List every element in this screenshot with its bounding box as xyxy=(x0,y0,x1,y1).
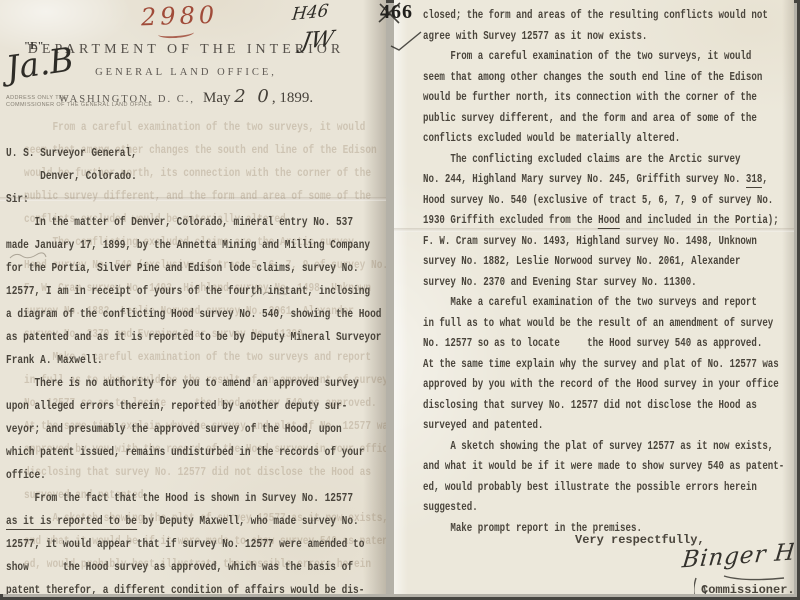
typed-line: A sketch showing the plat of survey 1257… xyxy=(423,436,705,457)
address-stamp: ADDRESS ONLY THE COMMISSIONER OF THE GEN… xyxy=(6,95,152,109)
reviewer-initials: JW xyxy=(300,27,336,55)
typed-line-underlined: 1930 Griffith excluded from the Hood and… xyxy=(423,210,705,231)
typed-line: as patented and as it is reported to be … xyxy=(6,326,306,349)
typed-line: survey No. 2370 and Evening Star survey … xyxy=(423,272,705,293)
typed-line: Frank A. Maxwell. xyxy=(6,349,306,372)
underlined-phrase: Hood xyxy=(598,213,620,229)
typed-line: There is no authority for you to amend a… xyxy=(6,372,306,395)
handwritten-day: 2 0 xyxy=(234,86,272,107)
typed-line: veyor; and presumably the approved surve… xyxy=(6,418,306,441)
typed-line: a diagram of the conflicting Hood survey… xyxy=(6,303,306,326)
typed-line: From a careful examination of the two su… xyxy=(423,46,705,67)
typed-line: public survey different, and the form an… xyxy=(423,108,705,129)
typed-line-underlined: No. 244, Highland Mary survey No. 245, G… xyxy=(423,169,705,190)
typed-line: surveyed and patented. xyxy=(423,415,705,436)
typed-line: Hood survey No. 540 (exclusive of tract … xyxy=(423,190,705,211)
typed-line: closed; the form and areas of the result… xyxy=(423,5,705,26)
letter-body-page2: closed; the form and areas of the result… xyxy=(423,5,794,538)
letter-date: May 2 0, 1899. xyxy=(203,90,313,106)
typed-line: agree with Survey 12577 as it now exists… xyxy=(423,26,705,47)
typed-line: made January 17, 1899, by the Annetta Mi… xyxy=(6,234,306,257)
typed-line: disclosing that survey No. 12577 did not… xyxy=(423,395,705,416)
typed-line: Make a careful examination of the two su… xyxy=(423,292,705,313)
typed-line: for the Portia, Silver Pine and Edison l… xyxy=(6,257,306,280)
typed-line: approved by you with the record of the H… xyxy=(423,374,705,395)
typed-line: ed, would probably best illustrate the p… xyxy=(423,477,705,498)
typed-line: From the fact that the Hood is shown in … xyxy=(6,487,306,510)
red-file-number: 2980 xyxy=(141,1,219,32)
red-ink-flourish xyxy=(158,28,195,39)
scanned-letter-image: From a careful examination of the two su… xyxy=(0,0,800,600)
typed-line: upon alleged errors therein, reported by… xyxy=(6,395,306,418)
typed-line: seem that among other changes the south … xyxy=(423,67,705,88)
typed-line: would be further north, its connection w… xyxy=(423,87,705,108)
typed-line-underlined: as it is reported to be by Deputy Maxwel… xyxy=(6,510,306,533)
typed-line: 12577, it would appear that if survey No… xyxy=(6,533,306,556)
typed-line: suggested. xyxy=(423,497,705,518)
letter-body-page1: U. S. Surveyor General, Denver, Colorado… xyxy=(6,142,386,594)
typed-line: in full as to what would be the result o… xyxy=(423,313,705,334)
typed-line: show the Hood survey as approved, which … xyxy=(6,556,306,579)
check-tick-mark xyxy=(388,26,424,52)
margin-code-mark: H46 xyxy=(291,1,329,25)
typed-line: and what it would be if it were made to … xyxy=(423,456,705,477)
page-2: closed; the form and areas of the result… xyxy=(394,0,794,594)
typed-line: At the same time explain why the survey … xyxy=(423,354,705,375)
typed-line: Denver, Colorado. xyxy=(6,165,306,188)
typed-line: survey No. 1882, Leslie Norwood survey N… xyxy=(423,251,705,272)
closing-line: Very respectfully, xyxy=(575,533,705,547)
signature-flourish xyxy=(694,572,789,594)
pencil-annotation xyxy=(248,288,292,300)
strike-x-mark xyxy=(376,1,406,25)
typed-line: No. 12577 so as to locate the Hood surve… xyxy=(423,333,705,354)
typed-line: The conflicting excluded claims are the … xyxy=(423,149,705,170)
typed-line: Sir: xyxy=(6,188,306,211)
typed-line: F. W. Cram survey No. 1493, Highland sur… xyxy=(423,231,705,252)
typed-line: which patent issued, remains undisturbed… xyxy=(6,441,306,464)
underlined-phrase: 318 xyxy=(746,172,762,188)
typed-line: U. S. Surveyor General, xyxy=(6,142,306,165)
typed-line: conflicts excluded would be materially a… xyxy=(423,128,705,149)
page-1: From a careful examination of the two su… xyxy=(0,0,386,594)
ghost-line: From a careful examination of the two su… xyxy=(24,116,310,139)
typed-line: In the matter of Denver, Colorado, miner… xyxy=(6,211,306,234)
underlined-phrase: as it is reported to be xyxy=(6,514,137,530)
typed-line: patent therefor, a different condition o… xyxy=(6,579,306,594)
typed-line: office. xyxy=(6,464,306,487)
pencil-annotation xyxy=(8,250,48,262)
